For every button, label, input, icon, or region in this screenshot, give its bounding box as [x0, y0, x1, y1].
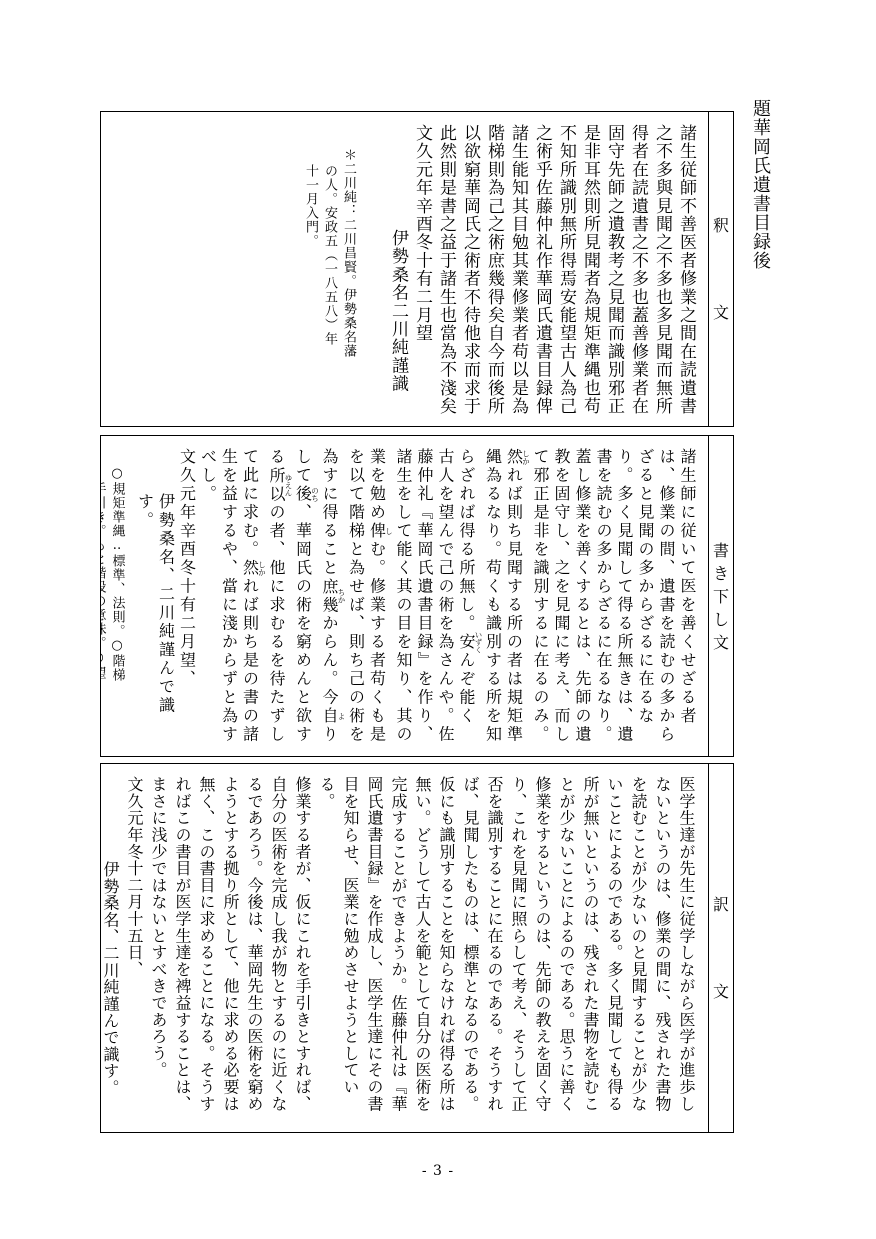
text-column: 固守先師之遺教考之見聞而識別邪正: [602, 124, 626, 418]
section-content: 諸生従師不善医者修業之間在読遺書之不多與見聞之不多也多見聞而無所得者在読遺書之不…: [101, 112, 708, 426]
text-column: 所が無いというのは、残された書物を読むこ: [578, 776, 602, 1124]
text-column: 医学生達が先生に従学しながら医学が進歩し: [674, 776, 698, 1124]
label-char: 訳: [713, 896, 729, 913]
text-column: 文久元年冬十二月十五日、: [122, 776, 146, 1124]
text-column: 諸生師に従いて医を善くせざる者: [677, 448, 698, 748]
text-column: 教を固守し、之を見聞に考え、而し: [551, 448, 572, 748]
text-column: 伊勢桑名、二川純謹んで識す。: [135, 448, 177, 748]
text-column: るであろう。今後は、華岡先生の医術を窮め: [242, 776, 266, 1124]
text-column: 不知所識別無所得焉安能望古人為己: [554, 124, 578, 418]
section-kakikudashibun: 諸生師に従いて医を善くせざる者は、修業の間、遺書を読むの多からざると見聞の多から…: [100, 435, 734, 757]
text-column: 諸生をして能く其の目を知り、其の: [393, 448, 414, 748]
text-column: 仮にも識別することを知らなければ得る所は: [434, 776, 458, 1124]
text-column: ＊二川純：二川昌賢。伊勢桑名藩: [339, 124, 358, 418]
text-column: 岡氏遺書目録』を作成し、医学生達にその書: [362, 776, 386, 1124]
text-column: ○規矩準縄‥標準、法則。○階梯: [108, 448, 127, 748]
text-column: 修業する者が、仮にこれを手引きとすれば、: [290, 776, 314, 1124]
label-char: 釈: [713, 217, 729, 234]
text-column: 之術乎佐藤仲礼作華岡氏遺書目録俾: [530, 124, 554, 418]
section-content: 諸生師に従いて医を善くせざる者は、修業の間、遺書を読むの多からざると見聞の多から…: [101, 436, 708, 756]
section-label: 書き下し文: [708, 436, 733, 756]
text-column: 之不多與見聞之不多也多見聞而無所: [650, 124, 674, 418]
text-column: 然しかれば則ち見聞する所の者は規矩準: [504, 448, 531, 748]
text-column: を読むことが少ないのと見聞することが少な: [626, 776, 650, 1124]
text-column: 得者在読遺書之不多也蓋善修業者在: [626, 124, 650, 418]
text-column: の人。安政五（一八五八）年: [320, 124, 339, 418]
text-column: 此然則是書之益于諸生也當為不淺矣: [434, 124, 458, 418]
label-char: き: [713, 565, 729, 582]
text-column: ば、見聞したものは、標準となるのである。: [458, 776, 482, 1124]
text-column: を以て階梯と為せば、則ち己の術を: [346, 448, 367, 748]
text-column: て此に求む。然しかれば則ち是の書の諸: [240, 448, 267, 748]
text-column: 否を識別することに在るのである。そうすれ: [482, 776, 506, 1124]
text-column: 階梯則為己之術庶幾得矣自今而後所: [482, 124, 506, 418]
section-yakubun: 医学生達が先生に従学しながら医学が進歩しないというのは、修業の間に、残された書物…: [100, 763, 734, 1133]
section-label: 訳文: [708, 764, 733, 1132]
text-column: して後のち、華岡氏の術を窮めんと欲す: [293, 448, 320, 748]
text-column: ざると見聞の多からざるに在るな: [635, 448, 656, 748]
text-column: 諸生従師不善医者修業之間在読遺書: [674, 124, 698, 418]
text-column: 自分の医術を完成し我が物とするのに近くな: [266, 776, 290, 1124]
document-title: 題華岡氏遺書目録後: [747, 99, 773, 270]
label-char: 書: [713, 542, 729, 559]
section-shakubun: 諸生従師不善医者修業之間在読遺書之不多與見聞之不多也多見聞而無所得者在読遺書之不…: [100, 111, 734, 427]
text-column: 文久元年辛酉冬十有二月望: [410, 124, 434, 418]
label-char: 文: [713, 983, 729, 1000]
text-column: 完成することができようか。佐藤仲礼は『華: [386, 776, 410, 1124]
text-column: 目を知らせ、医業に勉めさせようとしている。: [314, 776, 362, 1124]
text-column: る所以ゆえんの者、他に求むるを待たずし: [266, 448, 293, 748]
text-column: ればこの書目が医学生達を裨益することは、: [170, 776, 194, 1124]
label-char: し: [713, 611, 729, 628]
text-column: り、これを見聞に照らして考え、そうして正: [506, 776, 530, 1124]
text-column: 伊勢桑名、二川純謹んで識す。: [101, 776, 122, 1124]
text-column: 伊勢桑名二川純謹識: [386, 124, 410, 418]
text-column: 文久元年辛酉冬十有二月望、: [177, 448, 198, 748]
text-column: 為すに得ること庶幾ちかからん。今自より: [319, 448, 346, 748]
text-column: 十一月入門。: [301, 124, 320, 418]
text-column: ‥手引き。もと階段の意味。○望: [101, 448, 108, 748]
text-column: 生を益するや、當に淺からずと為す: [219, 448, 240, 748]
text-column: 書を読むの多からざるに在るなり。: [593, 448, 614, 748]
label-char: 文: [713, 304, 729, 321]
text-column: べし。: [198, 448, 219, 748]
label-char: 文: [713, 634, 729, 651]
section-label: 釈文: [708, 112, 733, 426]
text-column: とが少ないことによるのである。思うに善く: [554, 776, 578, 1124]
label-char: 下: [713, 588, 729, 605]
text-column: 古人を望んで己の術を為さんや。佐: [435, 448, 456, 748]
text-column: 是非耳然則所見聞者為規矩準縄也苟: [578, 124, 602, 418]
text-column: 諸生能知其目勉其業修業者苟以是為: [506, 124, 530, 418]
text-column: り。多く見聞して得る所無きは、遺: [614, 448, 635, 748]
text-column: 蓋し修業を善くするとは、先師の遺: [572, 448, 593, 748]
text-column: は、修業の間、遺書を読むの多から: [656, 448, 677, 748]
text-column: 以欲窮華岡氏之術者不待他求而求于: [458, 124, 482, 418]
text-column: いことによるのである。多く見聞しても得る: [602, 776, 626, 1124]
text-column: 無く、この書目に求めることになる。そうす: [194, 776, 218, 1124]
text-column: 縄為るなり。苟くも識別する所を知: [483, 448, 504, 748]
text-column: て邪正是非を識別するに在るのみ。: [530, 448, 551, 748]
text-column: まさに浅少ではないとすべきであろう。: [146, 776, 170, 1124]
text-column: らざれば得る所無し。安いずくんぞ能く: [456, 448, 483, 748]
text-column: 修業をするというのは、先師の教えを固く守: [530, 776, 554, 1124]
section-content: 医学生達が先生に従学しながら医学が進歩しないというのは、修業の間に、残された書物…: [101, 764, 708, 1132]
text-column: 無い。どうして古人を範として自分の医術を: [410, 776, 434, 1124]
text-column: 業を勉め俾しむ。修業する者苟くも是: [367, 448, 394, 748]
text-column: ようとする拠り所として、他に求める必要は: [218, 776, 242, 1124]
page-number: - 3 -: [0, 1163, 876, 1179]
text-column: 藤仲礼『華岡氏遺書目録』を作り、: [414, 448, 435, 748]
text-column: ないというのは、修業の間に、残された書物: [650, 776, 674, 1124]
